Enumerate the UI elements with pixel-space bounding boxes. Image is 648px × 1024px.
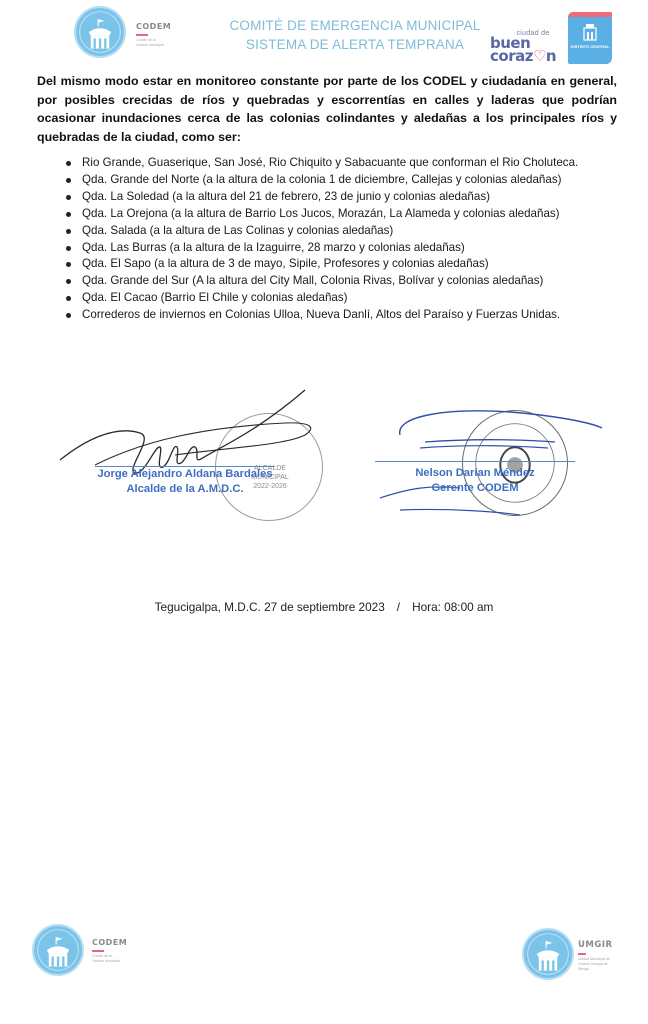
list-item: Qda. Las Burras (a la altura de la Izagu… (66, 240, 626, 257)
buen-corazon-line2-prefix: coraz (490, 47, 533, 65)
dateline-separator: / (397, 600, 400, 614)
distrito-central-label: DISTRITO CENTRAL (568, 44, 612, 49)
mayor-title: Alcalde de la A.M.D.C. (90, 483, 280, 495)
buen-corazon-line2-suffix: n (546, 47, 556, 65)
footer-codem-brand-subtitle: Comité de la Gestión Municipal (92, 954, 124, 964)
brand-accent-bar (92, 950, 104, 952)
header-title-line1: COMITÉ DE EMERGENCIA MUNICIPAL (200, 16, 510, 35)
footer-umgir-brand-subtitle: Unidad Municipal de Gestión Integral de … (578, 957, 618, 972)
brand-accent-bar (578, 953, 586, 955)
manager-title: Gerente CODEM (385, 482, 565, 494)
heart-icon: ♡ (533, 47, 546, 65)
buen-corazon-logo: ciudad de buen coraz♡n (490, 30, 570, 63)
list-item: Qda. Grande del Norte (a la altura de la… (66, 172, 626, 189)
codem-brand-subtitle: Comité de la Gestión Municipal (136, 38, 168, 48)
list-item: Qda. La Soledad (a la altura del 21 de f… (66, 189, 626, 206)
brand-accent-bar (136, 34, 148, 36)
dateline: Tegucigalpa, M.D.C. 27 de septiembre 202… (0, 600, 648, 614)
manager-signature-scribble (370, 400, 610, 520)
codem-brand-name: CODEM (136, 22, 171, 31)
footer-codem-brand: CODEM Comité de la Gestión Municipal (92, 938, 127, 964)
codem-tower-logo-icon (32, 924, 84, 976)
affected-areas-list: Rio Grande, Guaserique, San José, Rio Ch… (66, 155, 626, 324)
manager-name: Nelson Darian Méndez (385, 467, 565, 479)
codem-brand: CODEM Comité de la Gestión Municipal (136, 22, 171, 48)
document-header-title: COMITÉ DE EMERGENCIA MUNICIPAL SISTEMA D… (200, 16, 510, 54)
distrito-central-building-icon (568, 12, 612, 64)
list-item: Qda. El Sapo (a la altura de 3 de mayo, … (66, 256, 626, 273)
list-item: Rio Grande, Guaserique, San José, Rio Ch… (66, 155, 626, 172)
intro-paragraph: Del mismo modo estar en monitoreo consta… (37, 72, 617, 146)
list-item: Qda. El Cacao (Barrio El Chile y colonia… (66, 290, 626, 307)
list-item: Qda. Salada (a la altura de Las Colinas … (66, 223, 626, 240)
footer-codem-brand-name: CODEM (92, 938, 127, 947)
header-title-line2: SISTEMA DE ALERTA TEMPRANA (200, 35, 510, 54)
distrito-central-badge: DISTRITO CENTRAL (568, 12, 612, 64)
codem-tower-logo-icon (74, 6, 126, 58)
list-item: Qda. Grande del Sur (A la altura del Cit… (66, 273, 626, 290)
place-date: Tegucigalpa, M.D.C. 27 de septiembre 202… (155, 600, 385, 614)
mayor-signature-line (95, 466, 275, 467)
mayor-name: Jorge Alejandro Aldana Bardales (90, 468, 280, 480)
buen-corazon-line2: coraz♡n (490, 50, 570, 63)
umgir-tower-logo-icon (522, 928, 574, 980)
footer-umgir-brand-name: UMGIR (578, 940, 618, 950)
manager-signature-line (375, 461, 575, 462)
list-item: Qda. La Orejona (a la altura de Barrio L… (66, 206, 626, 223)
list-item: Correderos de inviernos en Colonias Ullo… (66, 307, 626, 324)
time: Hora: 08:00 am (412, 600, 493, 614)
footer-umgir-brand: UMGIR Unidad Municipal de Gestión Integr… (578, 940, 618, 972)
